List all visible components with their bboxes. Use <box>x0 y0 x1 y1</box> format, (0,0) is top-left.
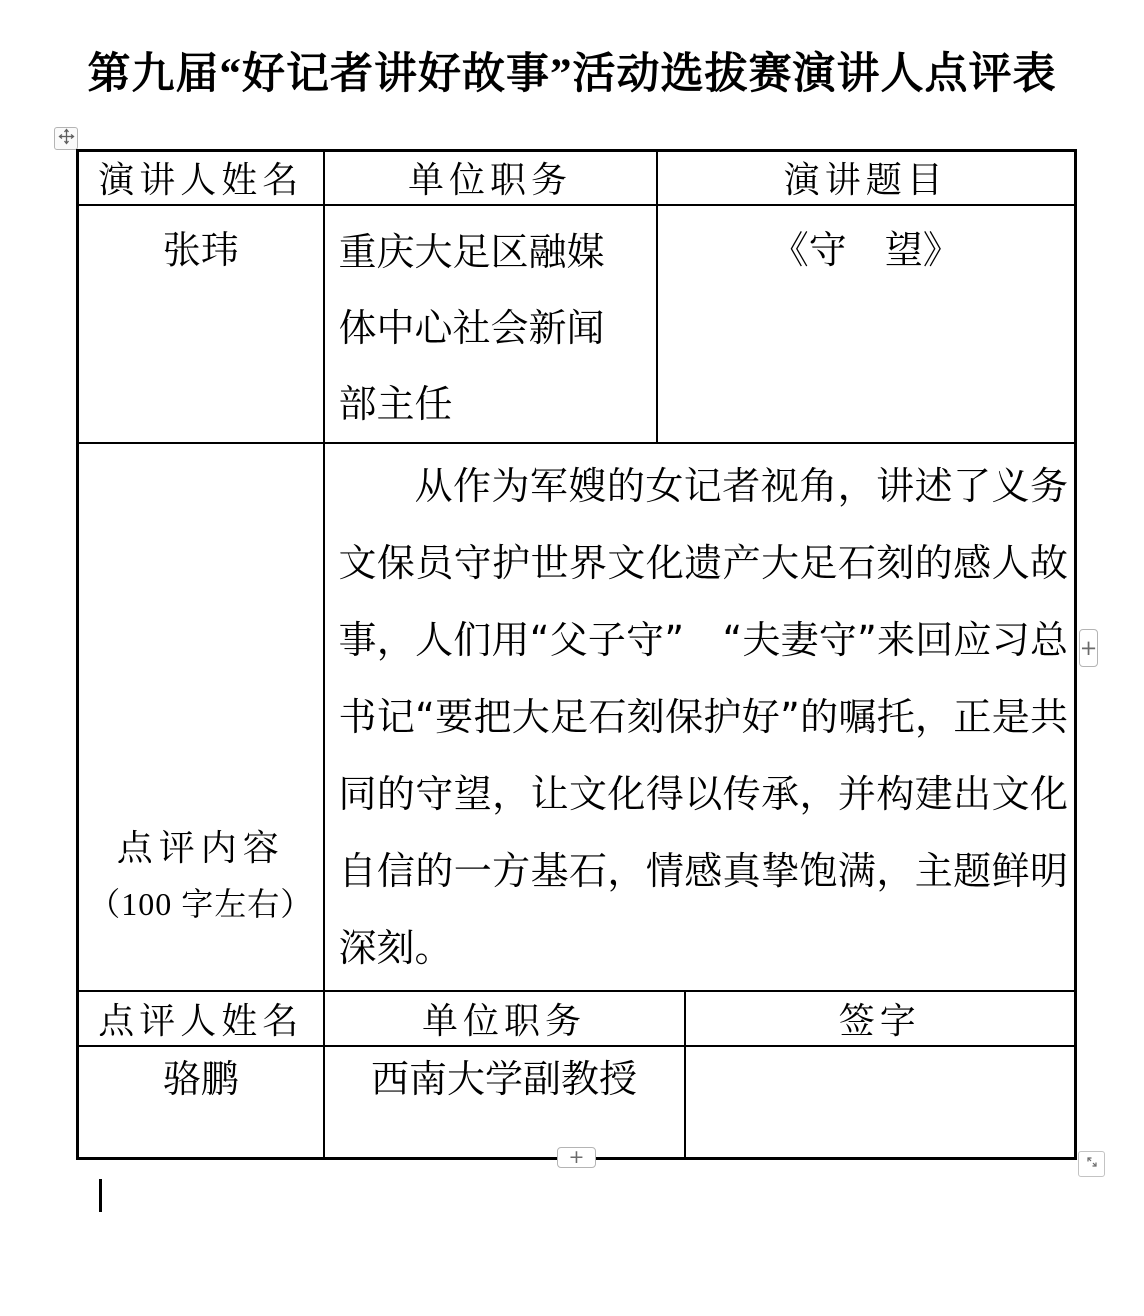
review-table: 演讲人姓名 单位职务 演讲题目 张玮 重庆大足区融媒体中心社会新闻部主任 《守 … <box>76 149 1077 1160</box>
cell-speaker-name[interactable]: 张玮 <box>78 205 324 443</box>
table-row-reviewer: 骆鹏 西南大学副教授 <box>78 1046 1076 1159</box>
cell-speaker-position[interactable]: 重庆大足区融媒体中心社会新闻部主任 <box>324 205 657 443</box>
header-reviewer-unit[interactable]: 单位职务 <box>324 991 685 1046</box>
cell-reviewer-position[interactable]: 西南大学副教授 <box>324 1046 685 1159</box>
header-unit-position[interactable]: 单位职务 <box>324 151 657 205</box>
table-row-header-1: 演讲人姓名 单位职务 演讲题目 <box>78 151 1076 205</box>
header-reviewer-name[interactable]: 点评人姓名 <box>78 991 324 1046</box>
header-speech-title[interactable]: 演讲题目 <box>657 151 1076 205</box>
cell-reviewer-name[interactable]: 骆鹏 <box>78 1046 324 1159</box>
text-cursor <box>99 1179 102 1212</box>
comment-label-text: 点评内容 <box>79 820 323 876</box>
insert-column-button[interactable]: + <box>1079 629 1098 667</box>
cell-comment-label[interactable]: 点评内容 （100 字左右） <box>78 443 324 991</box>
table-move-handle[interactable] <box>54 127 78 150</box>
cell-signature[interactable] <box>685 1046 1076 1159</box>
insert-row-button[interactable]: + <box>557 1147 596 1168</box>
cell-speech-title[interactable]: 《守 望》 <box>657 205 1076 443</box>
cell-comment-content[interactable]: 从作为军嫂的女记者视角，讲述了义务文保员守护世界文化遗产大足石刻的感人故事，人们… <box>324 443 1076 991</box>
table-row-header-2: 点评人姓名 单位职务 签字 <box>78 991 1076 1046</box>
table-row-speaker: 张玮 重庆大足区融媒体中心社会新闻部主任 《守 望》 <box>78 205 1076 443</box>
table-resize-handle[interactable] <box>1078 1151 1105 1177</box>
document-page: 第九届“好记者讲好故事”活动选拔赛演讲人点评表 演讲人姓名 <box>0 0 1144 1316</box>
comment-label-subtext: （100 字左右） <box>79 876 323 932</box>
move-icon <box>58 128 75 150</box>
page-title[interactable]: 第九届“好记者讲好故事”活动选拔赛演讲人点评表 <box>20 40 1124 101</box>
comment-paragraph: 从作为军嫂的女记者视角，讲述了义务文保员守护世界文化遗产大足石刻的感人故事，人们… <box>339 448 1069 987</box>
header-speaker-name[interactable]: 演讲人姓名 <box>78 151 324 205</box>
header-signature[interactable]: 签字 <box>685 991 1076 1046</box>
table-row-comment: 点评内容 （100 字左右） 从作为军嫂的女记者视角，讲述了义务文保员守护世界文… <box>78 443 1076 991</box>
resize-diagonal-icon <box>1084 1154 1100 1175</box>
